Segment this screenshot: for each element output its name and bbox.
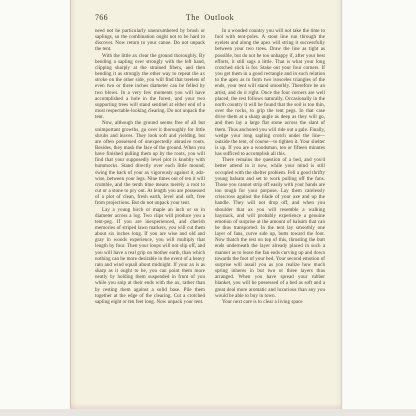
paragraph: Your next care is to clear a living spac… bbox=[215, 300, 325, 306]
text-column-right: In a wooded country you will not take th… bbox=[215, 29, 325, 306]
scanned-page-background: 766 The Outlook need not be particularly… bbox=[0, 0, 416, 416]
paragraph: There remains the question of a bed, and… bbox=[215, 158, 325, 300]
paragraph: Lay a young birch or maple an inch or so… bbox=[95, 208, 205, 307]
magazine-page: 766 The Outlook need not be particularly… bbox=[71, 0, 341, 409]
journal-title: The Outlook bbox=[95, 13, 325, 22]
paragraph: need not be particularly unencumbered by… bbox=[95, 29, 205, 54]
scan-edge-shadow bbox=[0, 409, 416, 416]
paragraph: In a wooded country you will not take th… bbox=[215, 29, 325, 158]
text-column-left: need not be particularly unencumbered by… bbox=[95, 29, 205, 306]
page-header: 766 The Outlook bbox=[95, 13, 325, 25]
article-text-block: need not be particularly unencumbered by… bbox=[95, 29, 325, 306]
paragraph: Now, although the ground seems free of a… bbox=[95, 121, 205, 207]
paragraph: With the little ax clear the ground thor… bbox=[95, 54, 205, 122]
